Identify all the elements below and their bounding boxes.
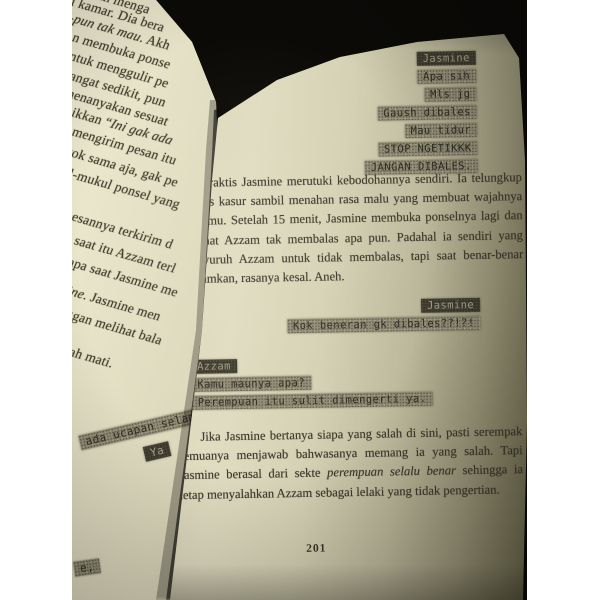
chat-message-bubble: Apa sih — [417, 69, 476, 84]
screenshot-canvas: t lagi dan menga ingi kamar. Dia bera ma… — [0, 0, 600, 600]
chat-message-bubble: STOP NGETIKKK — [378, 141, 478, 157]
chat-block-jasmine-top: Jasmine Apa sih Mls jg Gaush dibales Mau… — [363, 51, 478, 175]
chat-message-bubble: Gaush dibales — [377, 105, 477, 121]
left-page-chat-fragment: Ya — [142, 439, 171, 462]
chat-message-bubble: Mau tidur — [404, 123, 477, 138]
book-photo: t lagi dan menga ingi kamar. Dia bera ma… — [72, 0, 527, 600]
chat-sender-bubble: Jasmine — [417, 51, 476, 66]
chat-message-bubble: Mls jg — [424, 87, 477, 102]
chat-message-bubble: Kamu maunya apa? — [191, 376, 311, 392]
chat-message-bubble: Ya — [143, 441, 172, 461]
chat-message-bubble: Perempuan itu sulit dimengerti ya. — [192, 392, 433, 410]
paragraph: Jika Jasmine bertanya siapa yang salah d… — [178, 422, 523, 505]
chat-message-bubble: Kok beneran gk dibales??!?! — [287, 316, 481, 333]
chat-block-azzam: Azzam Kamu maunya apa? Perempuan itu sul… — [191, 356, 432, 410]
chat-block-jasmine-mid: Jasmine Kok beneran gk dibales??!?! — [287, 298, 481, 333]
left-page-chat-fragment: e, — [73, 556, 101, 577]
chat-message-bubble: e, — [73, 558, 101, 576]
page-number: 201 — [300, 542, 332, 555]
left-page-text-line: ah mati. — [72, 344, 116, 371]
chat-sender-bubble: Jasmine — [421, 298, 480, 313]
paragraph: Praktis Jasmine merutuki kebodohannya se… — [180, 168, 524, 289]
